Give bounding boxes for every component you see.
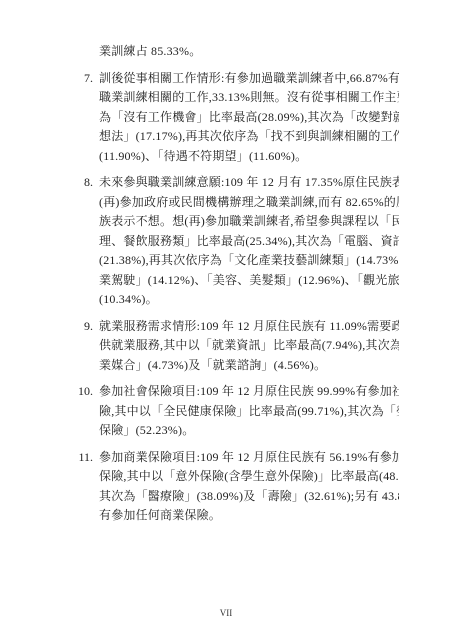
text-line: 參加商業保險項目:109 年 12 月原住民族有 56.19%有參加商業 bbox=[99, 448, 399, 468]
text-line: 理、餐飲服務類」比率最高(25.34%),其次為「電腦、資訊類」 bbox=[99, 232, 399, 252]
text-line: 有參加任何商業保險。 bbox=[99, 506, 399, 526]
text-line: 保險」(52.23%)。 bbox=[99, 421, 399, 441]
page-footer: VII bbox=[0, 607, 452, 619]
item-body: 訓後從事相關工作情形:有參加過職業訓練者中,66.87%有從事 職業訓練相關的工… bbox=[99, 69, 399, 167]
text-line: (再)參加政府或民間機構辦理之職業訓練,而有 82.65%的原住民 bbox=[99, 193, 399, 213]
text-line: 業媒合」(4.73%)及「就業諮詢」(4.56%)。 bbox=[99, 356, 399, 376]
text-line: 業駕駛」(14.12%)、「美容、美髮類」(12.96%)、「觀光旅遊服務類」 bbox=[99, 271, 399, 291]
list-item-11: 11. 參加商業保險項目:109 年 12 月原住民族有 56.19%有參加商業… bbox=[75, 448, 399, 526]
continuation-text-line: 業訓練占 85.33%。 bbox=[99, 42, 399, 62]
list-item-7: 7. 訓後從事相關工作情形:有參加過職業訓練者中,66.87%有從事 職業訓練相… bbox=[75, 69, 399, 167]
item-number: 9. bbox=[75, 317, 93, 376]
text-line: 為「沒有工作機會」比率最高(28.09%),其次為「改變對就業的 bbox=[99, 108, 399, 128]
text-line: (21.38%),再其次依序為「文化產業技藝訓練類」(14.73%)、「職 bbox=[99, 251, 399, 271]
text-line: 就業服務需求情形:109 年 12 月原住民族有 11.09%需要政府提 bbox=[99, 317, 399, 337]
list-item-10: 10. 參加社會保險項目:109 年 12 月原住民族 99.99%有參加社會保… bbox=[75, 382, 399, 441]
list-item-9: 9. 就業服務需求情形:109 年 12 月原住民族有 11.09%需要政府提 … bbox=[75, 317, 399, 376]
item-body: 未來參與職業訓練意願:109 年 12 月有 17.35%原住民族表示想 (再)… bbox=[99, 173, 399, 310]
text-line: 未來參與職業訓練意願:109 年 12 月有 17.35%原住民族表示想 bbox=[99, 173, 399, 193]
item-body: 就業服務需求情形:109 年 12 月原住民族有 11.09%需要政府提 供就業… bbox=[99, 317, 399, 376]
text-line: 參加社會保險項目:109 年 12 月原住民族 99.99%有參加社會保 bbox=[99, 382, 399, 402]
text-line: 供就業服務,其中以「就業資訊」比率最高(7.94%),其次為「就 bbox=[99, 336, 399, 356]
text-line: (10.34%)。 bbox=[99, 290, 399, 310]
page-number: VII bbox=[220, 608, 233, 618]
item-body: 參加商業保險項目:109 年 12 月原住民族有 56.19%有參加商業 保險,… bbox=[99, 448, 399, 526]
text-line: 職業訓練相關的工作,33.13%則無。沒有從事相關工作主要原因 bbox=[99, 88, 399, 108]
item-number: 11. bbox=[75, 448, 93, 526]
text-line: 其次為「醫療險」(38.09%)及「壽險」(32.61%);另有 43.81%沒 bbox=[99, 487, 399, 507]
item-body: 參加社會保險項目:109 年 12 月原住民族 99.99%有參加社會保 險,其… bbox=[99, 382, 399, 441]
item-number: 7. bbox=[75, 69, 93, 167]
list-item-8: 8. 未來參與職業訓練意願:109 年 12 月有 17.35%原住民族表示想 … bbox=[75, 173, 399, 310]
item-number: 10. bbox=[75, 382, 93, 441]
text-line: 族表示不想。想(再)參加職業訓練者,希望參與課程以「民宿管 bbox=[99, 212, 399, 232]
text-line: 保險,其中以「意外保險(含學生意外保險)」比率最高(48.60%), bbox=[99, 467, 399, 487]
text-line: (11.90%)、「待遇不符期望」(11.60%)。 bbox=[99, 147, 399, 167]
page-content: 業訓練占 85.33%。 7. 訓後從事相關工作情形:有參加過職業訓練者中,66… bbox=[75, 42, 399, 526]
document-page: 業訓練占 85.33%。 7. 訓後從事相關工作情形:有參加過職業訓練者中,66… bbox=[0, 0, 452, 640]
text-line: 險,其中以「全民健康保險」比率最高(99.71%),其次為「勞工 bbox=[99, 402, 399, 422]
text-line: 訓後從事相關工作情形:有參加過職業訓練者中,66.87%有從事 bbox=[99, 69, 399, 89]
item-number: 8. bbox=[75, 173, 93, 310]
text-line: 想法」(17.17%),再其次依序為「找不到與訓練相關的工作」 bbox=[99, 127, 399, 147]
